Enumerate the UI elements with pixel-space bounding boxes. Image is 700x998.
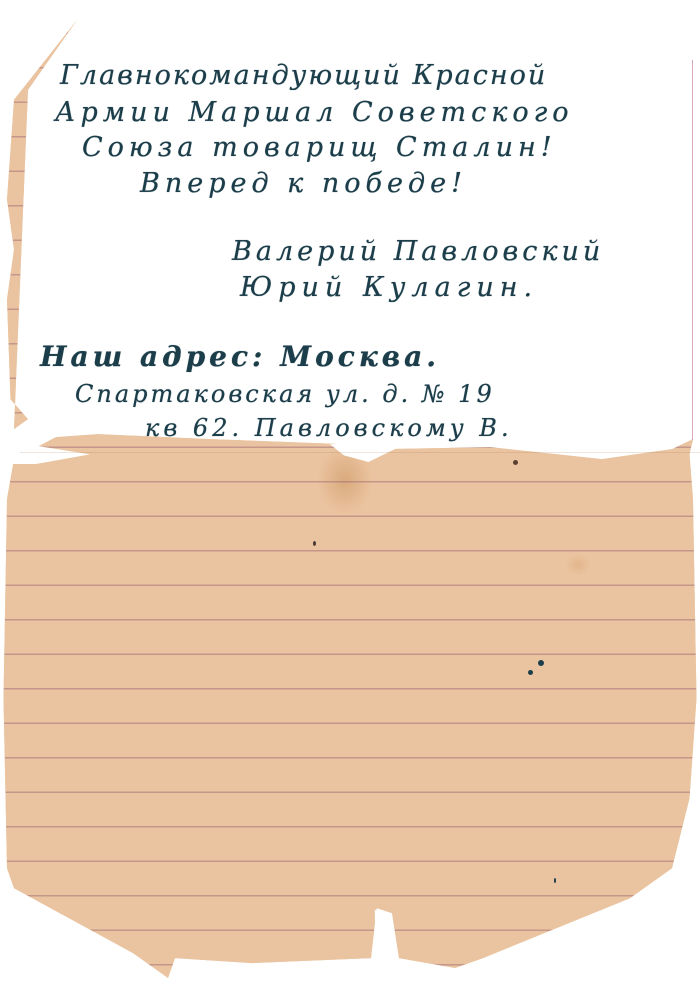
margin-line xyxy=(692,60,693,440)
fold-crease xyxy=(20,452,700,453)
ink-spot xyxy=(313,541,316,546)
text-line-1: Главнокомандующий Красной xyxy=(60,60,547,91)
ink-spot xyxy=(538,660,544,666)
ink-spot xyxy=(554,878,556,883)
address-street: Спартаковская ул. д. № 19 xyxy=(75,380,495,408)
text-line-2: Армии Маршал Советского xyxy=(55,97,574,128)
ink-spot xyxy=(528,670,533,675)
text-line-3: Союза товарищ Сталин! xyxy=(82,132,557,163)
signature-2: Юрий Кулагин. xyxy=(240,272,538,303)
ink-spot xyxy=(513,460,518,465)
signature-1: Валерий Павловский xyxy=(232,236,604,267)
text-line-4: Вперед к победе! xyxy=(140,168,467,199)
address-apartment: кв 62. Павловскому В. xyxy=(145,414,513,442)
address-heading: Наш адрес: Москва. xyxy=(40,340,440,373)
